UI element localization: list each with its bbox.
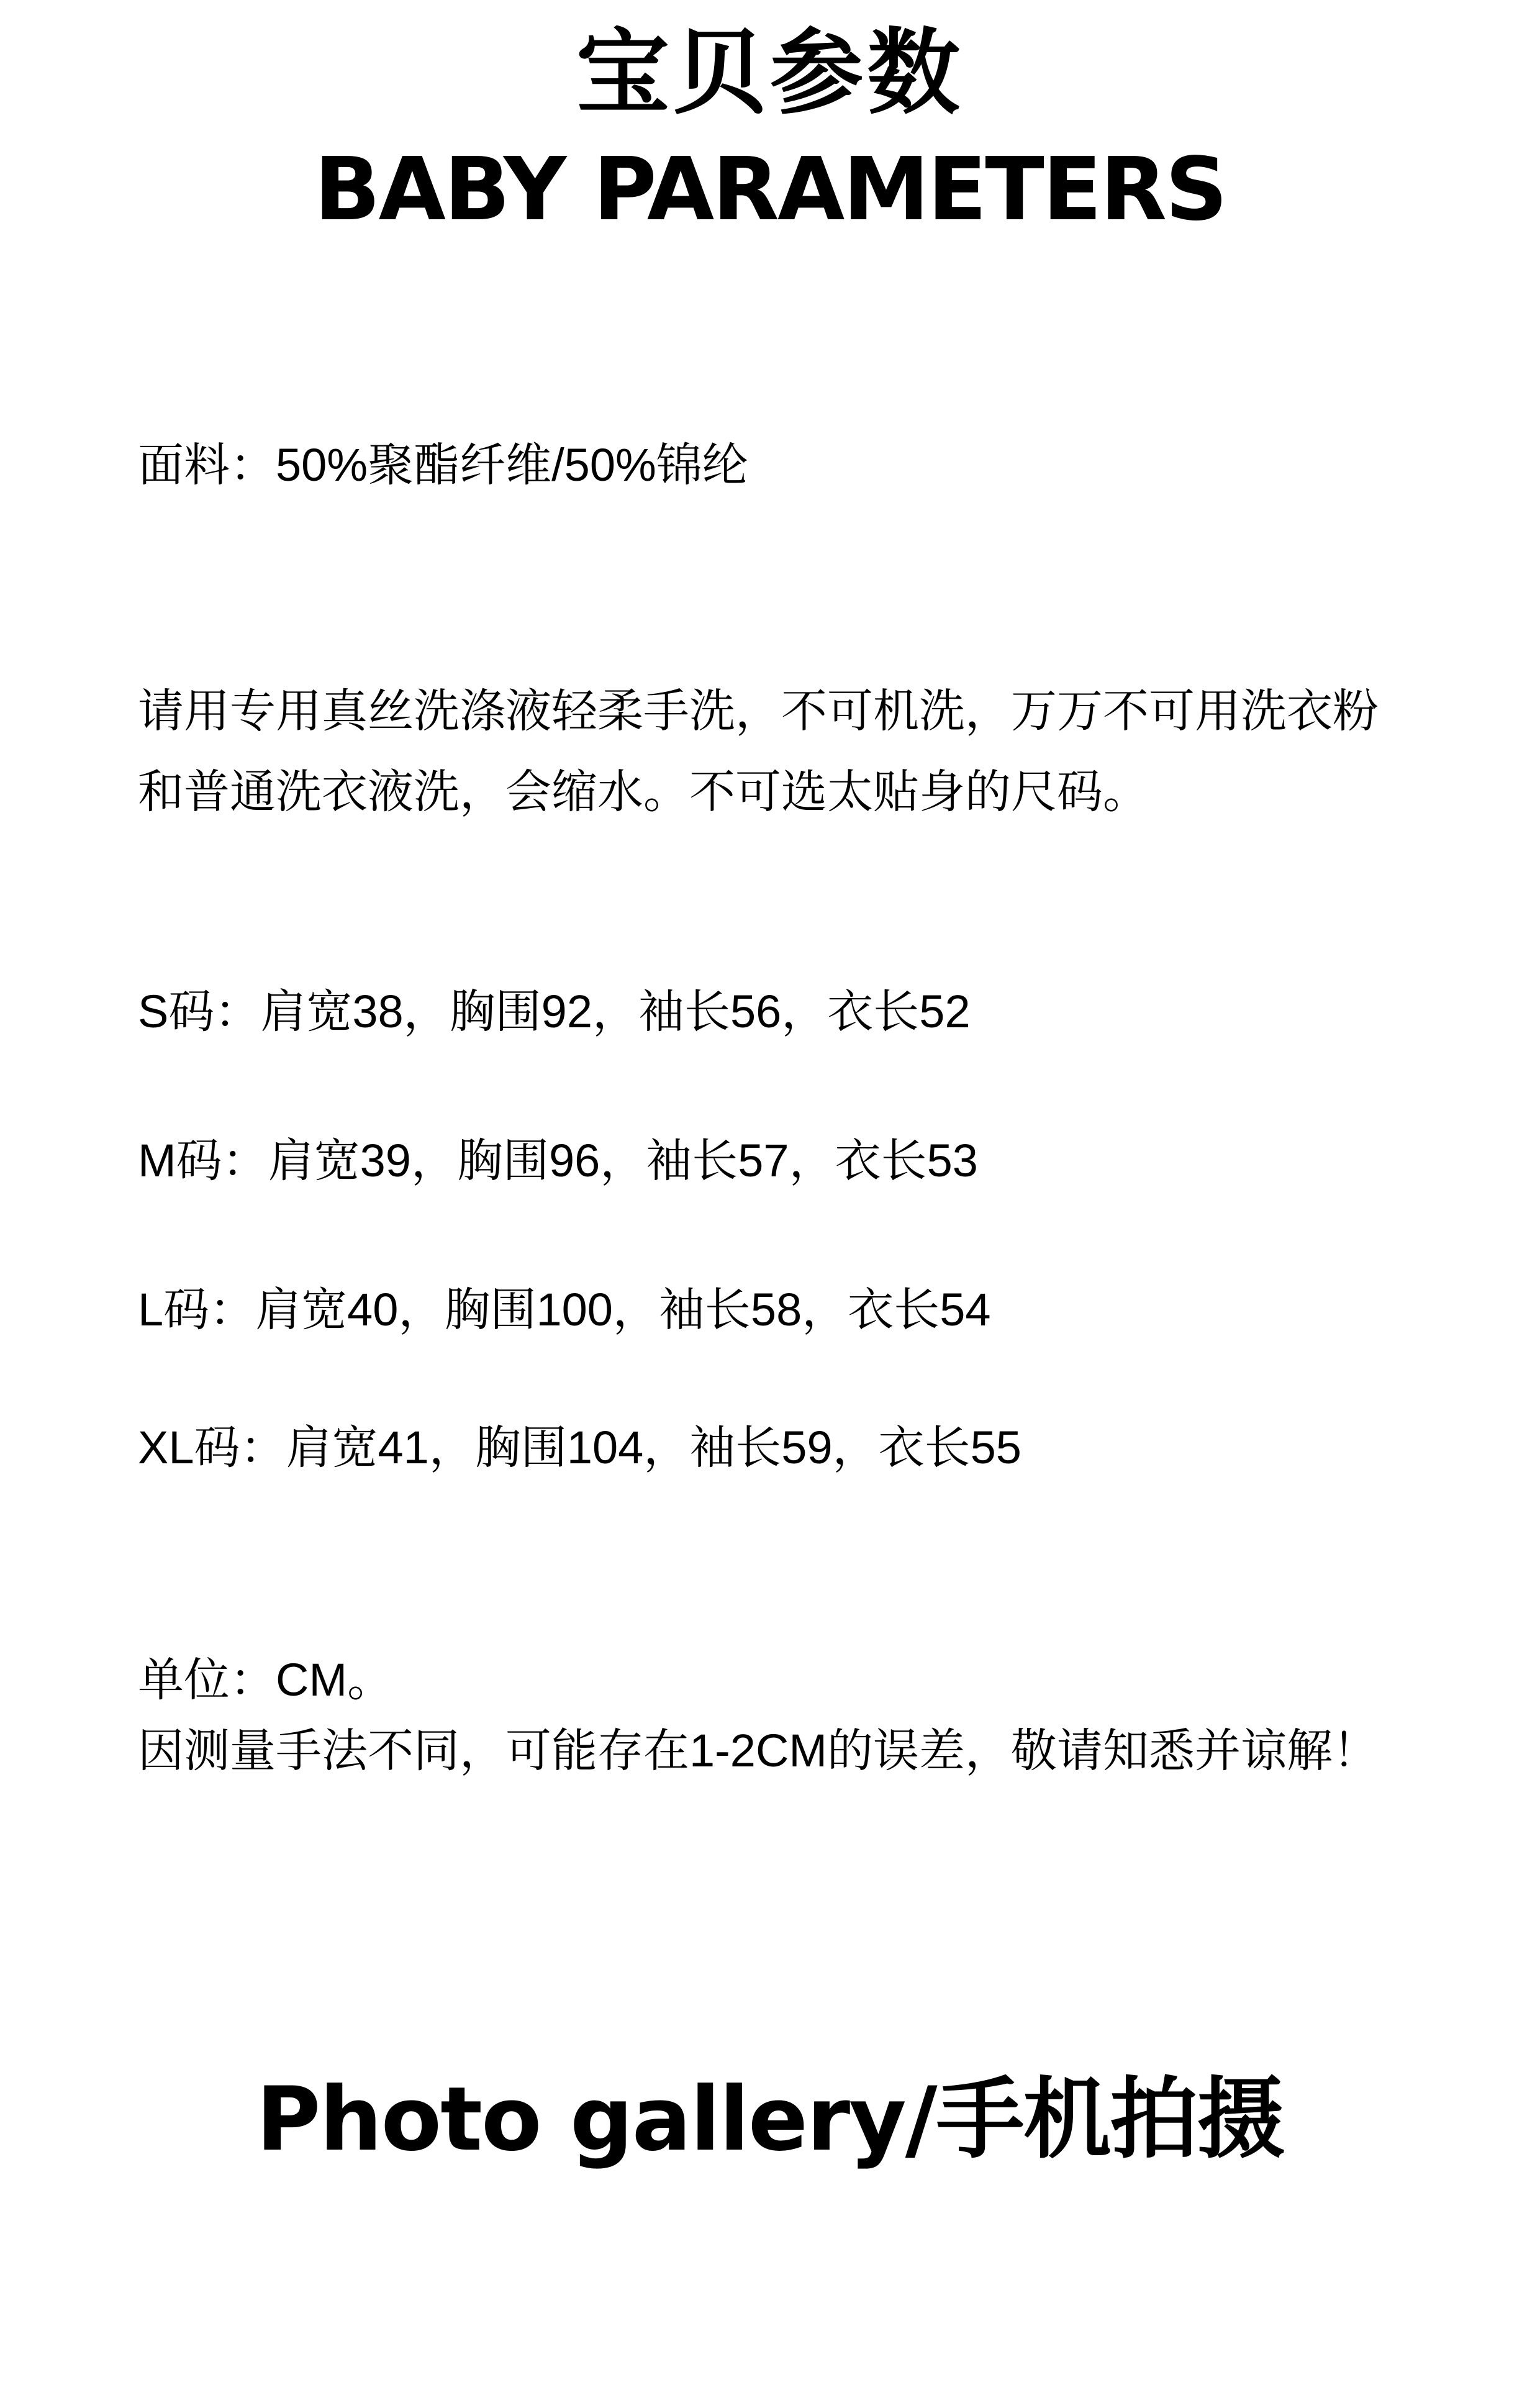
page-title-chinese: 宝贝参数 [0,26,1540,119]
unit-note-text: 单位：CM。 [138,1657,393,1703]
care-instructions-line-2: 和普通洗衣液洗，会缩水。不可选太贴身的尺码。 [138,769,1149,815]
measurement-tolerance-note: 因测量手法不同，可能存在1-2CM的误差，敬请知悉并谅解！ [138,1728,1379,1774]
size-row-l: L码：肩宽40，胸围100，袖长58，衣长54 [138,1287,991,1333]
care-instructions-line-1: 请用专用真丝洗涤液轻柔手洗，不可机洗，万万不可用洗衣粉 [138,688,1379,734]
product-parameters-page: 宝贝参数 BABY PARAMETERS 面料：50%聚酯纤维/50%锦纶 请用… [0,0,1540,2385]
fabric-composition-text: 面料：50%聚酯纤维/50%锦纶 [138,442,748,488]
photo-gallery-heading: Photo gallery/手机拍摄 [0,2076,1540,2164]
size-row-xl: XL码：肩宽41，胸围104，袖长59，衣长55 [138,1425,1021,1471]
page-title-english: BABY PARAMETERS [0,147,1540,234]
size-row-s: S码：肩宽38，胸围92，袖长56，衣长52 [138,989,971,1035]
size-row-m: M码：肩宽39，胸围96，袖长57，衣长53 [138,1138,978,1184]
